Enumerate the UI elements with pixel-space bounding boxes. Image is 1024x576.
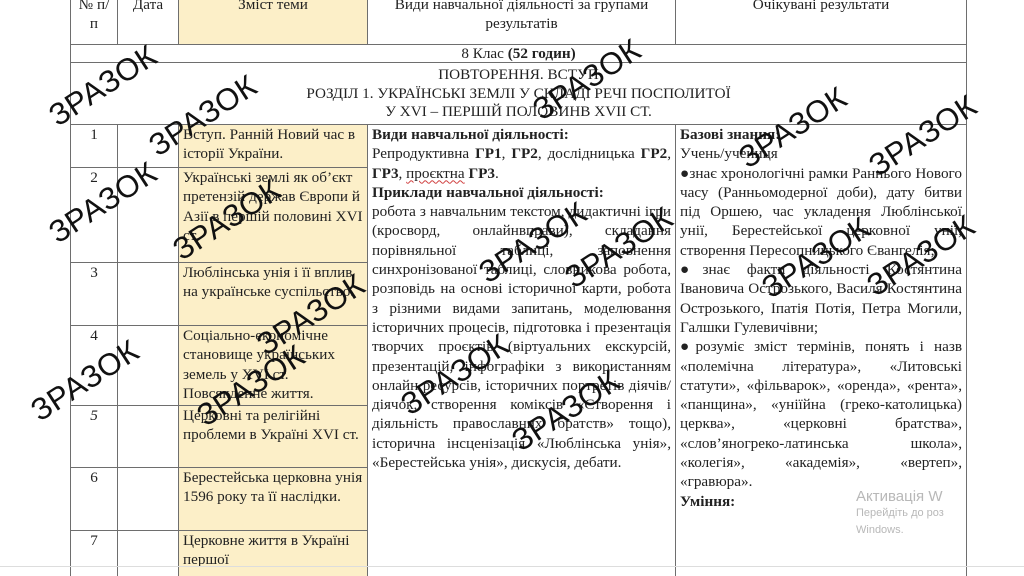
results-bullet: ●знає хронологічні рамки Раннього Нового… [680,164,962,260]
row-number: 2 [71,168,118,263]
page-bottom-divider [0,566,1024,567]
document-page: № п/п Дата Зміст теми Види навчальної ді… [0,0,1024,576]
activities-types-heading: Види навчальної діяльності: [372,125,671,144]
class-row: 8 Клас (52 годин) [71,45,967,63]
header-number: № п/п [71,0,118,45]
text-fragment: , дослідницька [538,145,641,162]
activation-line-2: Перейдіть до роз [856,505,944,522]
group-gr2: ГР2 [641,145,668,162]
row-number: 4 [71,326,118,406]
lesson-plan-table: № п/п Дата Зміст теми Види навчальної ді… [70,0,967,576]
activation-title: Активація W [856,488,944,505]
section-title-1: ПОВТОРЕННЯ. ВСТУП [75,66,962,85]
class-cell: 8 Клас (52 годин) [71,45,967,63]
results-student: Учень/учениця [680,144,962,163]
row-date [118,468,179,531]
section-cell: ПОВТОРЕННЯ. ВСТУП РОЗДІЛ 1. УКРАЇНСЬКІ З… [71,63,967,125]
row-date [118,125,179,168]
section-title-3: У XVI – ПЕРШІЙ ПОЛОВИНВ XVII СТ. [75,103,962,122]
text-fragment: , [502,145,512,162]
group-gr1: ГР1 [475,145,502,162]
header-row: № п/п Дата Зміст теми Види навчальної ді… [71,0,967,45]
text-fragment: , [667,145,671,162]
row-topic: Берестейська церковна унія 1596 року та … [179,468,368,531]
row-date [118,326,179,406]
row-topic: Вступ. Ранній Новий час в історії Україн… [179,125,368,168]
section-title-2: РОЗДІЛ 1. УКРАЇНСЬКІ ЗЕМЛІ У СКЛАДІ РЕЧІ… [75,85,962,104]
activities-types: Репродуктивна ГР1, ГР2, дослідницька ГР2… [372,144,671,183]
spellcheck-word: проєктна [406,165,465,182]
header-topic: Зміст теми [179,0,368,45]
row-topic: Церковні та релігійні проблеми в Україні… [179,406,368,468]
section-row: ПОВТОРЕННЯ. ВСТУП РОЗДІЛ 1. УКРАЇНСЬКІ З… [71,63,967,125]
activities-examples-heading: Приклади навчальної діяльності: [372,183,671,202]
text-fragment: Репродуктивна [372,145,475,162]
group-gr3: ГР3 [468,165,495,182]
activities-examples-text: робота з навчальним текстом, дидактичні … [372,202,671,472]
row-topic: Українські землі як об’єкт претензій дер… [179,168,368,263]
group-gr3: ГР3 [372,165,399,182]
text-fragment: , [399,165,407,182]
results-bullet: ●розуміє зміст термінів, понять і назв «… [680,337,962,491]
row-number: 3 [71,263,118,326]
row-number: 1 [71,125,118,168]
row-number: 7 [71,531,118,576]
header-results: Очікувані результати [676,0,967,45]
header-activities: Види навчальної діяльності за групами ре… [368,0,676,45]
results-base-heading: Базові знання: [680,125,962,144]
windows-activation-notice: Активація W Перейдіть до роз Windows. [856,488,944,539]
group-gr2: ГР2 [511,145,538,162]
text-fragment: . [495,165,499,182]
class-hours: (52 годин) [508,45,576,62]
header-date: Дата [118,0,179,45]
activation-line-3: Windows. [856,522,944,539]
row-topic: Церковне життя в Україні першої [179,531,368,576]
row-topic: Люблінська унія і її вплив на українське… [179,263,368,326]
row-number: 6 [71,468,118,531]
row-topic: Соціально-економічне становище українськ… [179,326,368,406]
row-date [118,168,179,263]
row-date [118,406,179,468]
results-bullet: ●знає факти діяльності Костянтина Іванов… [680,260,962,337]
row-number: 5 [71,406,118,468]
row-date [118,531,179,576]
activities-cell: Види навчальної діяльності: Репродуктивн… [368,125,676,576]
row-date [118,263,179,326]
class-label: 8 Клас [461,45,507,62]
table-row: 1 Вступ. Ранній Новий час в історії Укра… [71,125,967,168]
